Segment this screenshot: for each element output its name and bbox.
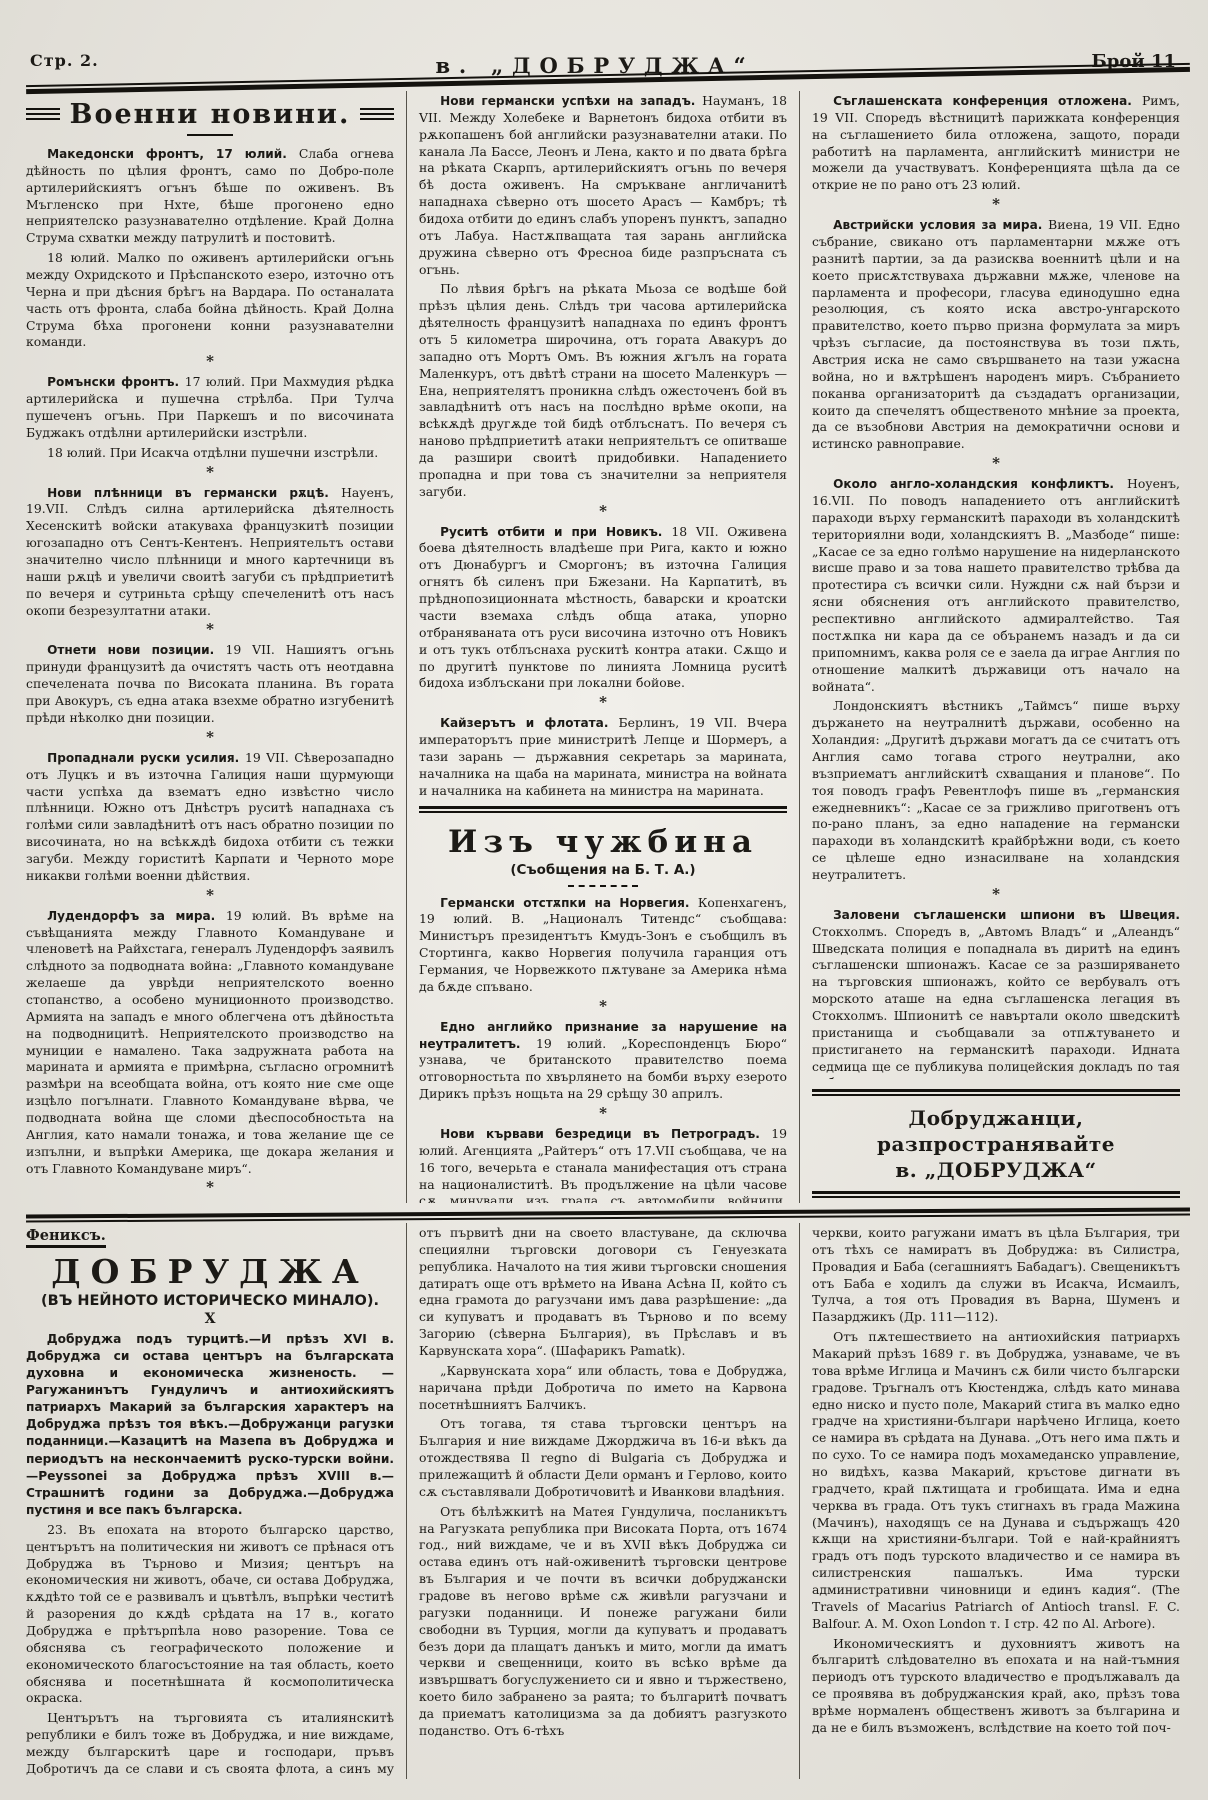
article-paragraph: Отъ бѣлѣжкитѣ на Матея Гундулича, послан… xyxy=(419,1504,787,1740)
article-lead: Нови германски успѣхи на западъ. xyxy=(440,94,702,108)
article-lead: Пропаднали руски усилия. xyxy=(47,751,245,765)
star-separator: * xyxy=(26,1180,394,1195)
star-separator: * xyxy=(26,622,394,637)
article-paragraph: Лондонскиятъ вѣстникъ „Таймсъ“ пише върх… xyxy=(812,698,1180,883)
promo-notice-line2: в. „ДОБРУДЖА“ xyxy=(812,1157,1180,1183)
promo-notice-box: Добруджанци, разпространявайте в. „ДОБРУ… xyxy=(812,1085,1180,1203)
article-paragraph: Отнети нови позиции. 19 VII. Нашиятъ огъ… xyxy=(26,642,394,726)
article-paragraph: Австрийски условия за мира. Виена, 19 VI… xyxy=(812,217,1180,453)
article-lead: Руско отстѫпление въ Персия. xyxy=(47,1201,272,1203)
war-news-headline: Военни новини. xyxy=(70,99,351,130)
feuilleton-column-3: черкви, които рагужани иматъ въ цѣла Бъл… xyxy=(799,1223,1192,1779)
star-separator: * xyxy=(26,730,394,745)
article-paragraph: Съглашенската конференция отложена. Римъ… xyxy=(812,93,1180,194)
article-lead: Съглашенската конференция отложена. xyxy=(833,94,1142,108)
headline-flourish-right-icon xyxy=(360,108,394,121)
headline-underline xyxy=(187,134,233,136)
star-separator: * xyxy=(26,354,394,369)
war-news-articles: Македонски фронтъ, 17 юлий. Слаба огнева… xyxy=(26,146,394,1203)
article-paragraph: Пропаднали руски усилия. 19 VII. Сѣвероз… xyxy=(26,750,394,885)
article-lead: Заловени съглашенски шпиони въ Швеция. xyxy=(833,908,1180,922)
newspaper-page: Стр. 2. в. „ДОБРУДЖА“ Брой 11 Военни нов… xyxy=(0,0,1208,1800)
center-articles-top: Нови германски успѣхи на западъ. Науманъ… xyxy=(419,93,787,800)
notice-rule-top xyxy=(812,1089,1180,1097)
promo-notice-line1: Добруджанци, разпространявайте xyxy=(812,1105,1180,1157)
star-separator: * xyxy=(419,504,787,519)
article-paragraph: 18 юлий. Малко по оживенъ артилерийски о… xyxy=(26,250,394,351)
article-paragraph: 23. Въ епохата на второто българско царс… xyxy=(26,1522,394,1707)
article-paragraph: Центърътъ на търговията съ италиянскитѣ … xyxy=(26,1710,394,1779)
article-paragraph: Около англо-холандския конфликтъ. Ноуенъ… xyxy=(812,476,1180,695)
article-paragraph: Едно английко признание за нарушение на … xyxy=(419,1019,787,1103)
article-paragraph: Отъ пѫтешествието на антиохийския патриа… xyxy=(812,1329,1180,1632)
article-lead: Австрийски условия за мира. xyxy=(833,218,1048,232)
abroad-dash-rule xyxy=(568,885,638,887)
article-paragraph: 18 юлий. При Исакча отдѣлни пушечни изст… xyxy=(26,445,394,462)
column-right: Съглашенската конференция отложена. Римъ… xyxy=(799,91,1192,1203)
page-header: Стр. 2. в. „ДОБРУДЖА“ Брой 11 xyxy=(24,14,1192,72)
article-paragraph: отъ първитѣ дни на своето властуване, да… xyxy=(419,1225,787,1360)
feuilleton-label: Фениксъ. xyxy=(26,1227,106,1248)
feuilleton-column-2: отъ първитѣ дни на своето властуване, да… xyxy=(406,1223,799,1779)
abroad-subtitle: (Съобщения на Б. Т. А.) xyxy=(419,862,787,878)
article-lead: Нови плѣнници въ германски рѫцѣ. xyxy=(47,486,341,500)
star-separator: * xyxy=(419,1106,787,1121)
article-paragraph: Лудендорфъ за мира. 19 юлий. Въ врѣме на… xyxy=(26,908,394,1178)
abroad-rule-top xyxy=(419,806,787,814)
feuilleton-col2-text: отъ първитѣ дни на своето властуване, да… xyxy=(419,1225,787,1740)
star-separator: * xyxy=(812,456,1180,471)
star-separator: * xyxy=(812,197,1180,212)
feuilleton-subtitle: (ВЪ НЕЙНОТО ИСТОРИЧЕСКО МИНАЛО). xyxy=(26,1293,394,1309)
article-lead: Руситѣ отбити и при Новикъ. xyxy=(440,525,671,539)
right-articles: Съглашенската конференция отложена. Римъ… xyxy=(812,93,1180,1079)
article-paragraph: Икономическиятъ и духовниятъ животъ на б… xyxy=(812,1636,1180,1737)
star-separator: * xyxy=(26,465,394,480)
war-news-header: Военни новини. xyxy=(26,99,394,130)
feuilleton-title: ДОБРУДЖА xyxy=(26,1252,394,1291)
top-section: Военни новини. Македонски фронтъ, 17 юли… xyxy=(24,91,1192,1203)
article-paragraph: черкви, които рагужани иматъ въ цѣла Бъл… xyxy=(812,1225,1180,1326)
article-paragraph: Отъ тогава, тя става търговски центъръ н… xyxy=(419,1416,787,1500)
section-divider-rule xyxy=(26,1207,1190,1222)
center-articles-bottom: Германски отстѫпки на Норвегия. Копенхаг… xyxy=(419,895,787,1203)
article-paragraph: „Карвунската хора“ или область, това е Д… xyxy=(419,1363,787,1414)
article-paragraph: Ромънски фронтъ. 17 юлий. При Махмудия р… xyxy=(26,374,394,441)
star-separator: * xyxy=(812,887,1180,902)
article-paragraph: Руско отстѫпление въ Персия. 18 VII. Въ … xyxy=(26,1200,394,1203)
headline-flourish-left-icon xyxy=(26,108,60,121)
article-lead: Кайзерътъ и флотата. xyxy=(440,716,618,730)
article-lead: Лудендорфъ за мира. xyxy=(47,909,226,923)
article-paragraph: Кайзерътъ и флотата. Берлинъ, 19 VII. Вч… xyxy=(419,715,787,799)
feuilleton-column-1: Фениксъ. ДОБРУДЖА (ВЪ НЕЙНОТО ИСТОРИЧЕСК… xyxy=(24,1223,406,1779)
feuilleton-col1-text: Добруджа подъ турцитѣ.—И прѣзъ XVI в. До… xyxy=(26,1331,394,1779)
article-lead: Около англо-холандския конфликтъ. xyxy=(833,477,1127,491)
article-lead: Македонски фронтъ, 17 юлий. xyxy=(47,147,299,161)
article-paragraph: Добруджа подъ турцитѣ.—И прѣзъ XVI в. До… xyxy=(26,1331,394,1519)
article-paragraph: Македонски фронтъ, 17 юлий. Слаба огнева… xyxy=(26,146,394,247)
article-lead: Едно английко признание за нарушение на … xyxy=(419,1020,787,1051)
article-lead: Ромънски фронтъ. xyxy=(47,375,185,389)
star-separator: * xyxy=(26,888,394,903)
article-lead: Отнети нови позиции. xyxy=(47,643,225,657)
feuilleton-col3-text: черкви, които рагужани иматъ въ цѣла Бъл… xyxy=(812,1225,1180,1737)
notice-rule-bottom xyxy=(812,1191,1180,1199)
article-paragraph: Нови кървави безредици въ Петроградъ. 19… xyxy=(419,1126,787,1203)
column-war-news: Военни новини. Македонски фронтъ, 17 юли… xyxy=(24,91,406,1203)
feuilleton-section: Фениксъ. ДОБРУДЖА (ВЪ НЕЙНОТО ИСТОРИЧЕСК… xyxy=(24,1223,1192,1779)
article-paragraph: Руситѣ отбити и при Новикъ. 18 VII. Ожив… xyxy=(419,524,787,693)
abroad-headline: Изъ чужбина xyxy=(419,824,787,860)
article-lead: Германски отстѫпки на Норвегия. xyxy=(440,896,698,910)
page-number: Стр. 2. xyxy=(30,51,99,72)
column-center: Нови германски успѣхи на западъ. Науманъ… xyxy=(406,91,799,1203)
feuilleton-chapter-number: X xyxy=(26,1311,394,1327)
article-paragraph: По лѣвия брѣгъ на рѣката Мьоза се водѣше… xyxy=(419,281,787,500)
star-separator: * xyxy=(419,999,787,1014)
article-lead: Нови кървави безредици въ Петроградъ. xyxy=(440,1127,771,1141)
abroad-section-header: Изъ чужбина (Съобщения на Б. Т. А.) xyxy=(419,806,787,887)
promo-notice-text: Добруджанци, разпространявайте в. „ДОБРУ… xyxy=(812,1101,1180,1187)
article-paragraph: Нови германски успѣхи на западъ. Науманъ… xyxy=(419,93,787,278)
article-paragraph: Германски отстѫпки на Норвегия. Копенхаг… xyxy=(419,895,787,996)
article-paragraph: Нови плѣнници въ германски рѫцѣ. Науенъ,… xyxy=(26,485,394,620)
article-paragraph: Заловени съглашенски шпиони въ Швеция. С… xyxy=(812,907,1180,1079)
star-separator: * xyxy=(419,695,787,710)
